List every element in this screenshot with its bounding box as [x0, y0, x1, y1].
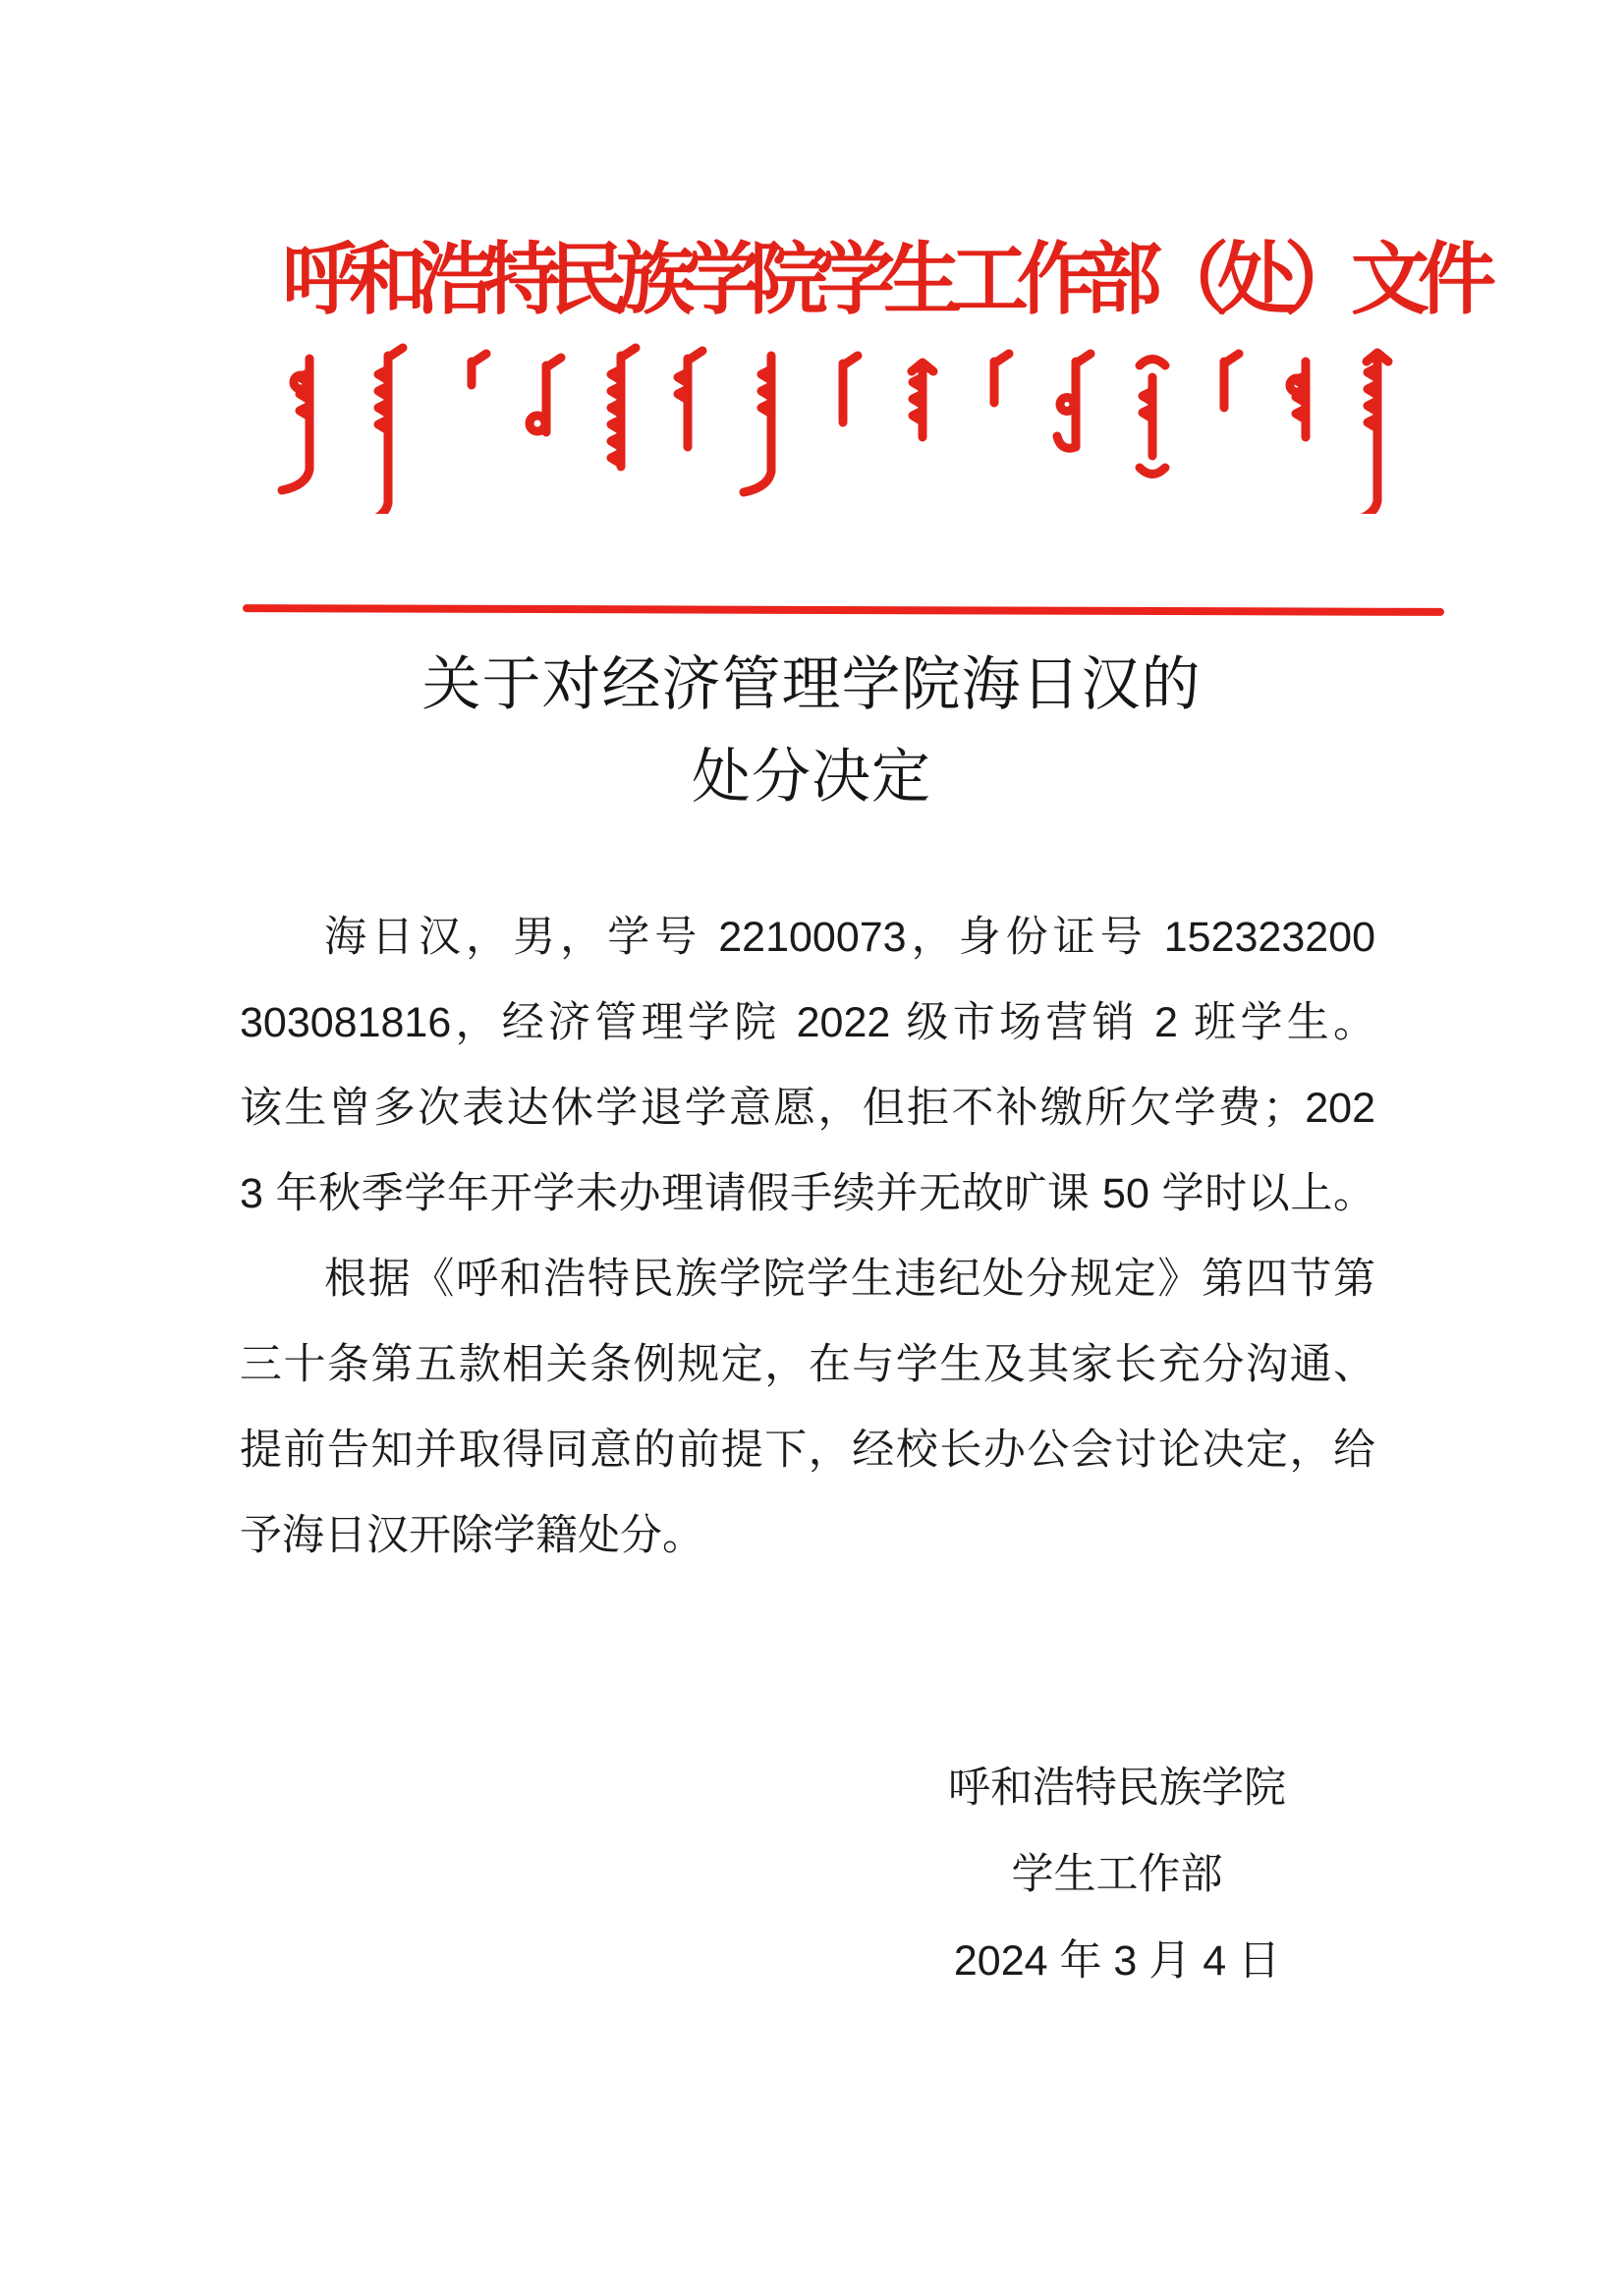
- letterhead-title: 呼和浩特民族学院学生工作部（处）文件: [282, 234, 1484, 328]
- body-line: 根据《呼和浩特民族学院学生违纪处分规定》第四节第: [240, 1237, 1375, 1322]
- signature-dept: 学生工作部: [935, 1831, 1299, 1918]
- document-title: 关于对经济管理学院海日汉的 处分决定: [0, 639, 1623, 823]
- document-page: 呼和浩特民族学院学生工作部（处）文件 关于对经济管理学院海日汉的 处分决定 海日…: [0, 0, 1623, 2296]
- signature-block: 呼和浩特民族学院 学生工作部 2024 年 3 月 4 日: [935, 1745, 1299, 2004]
- body-line: 3 年秋季学年开学未办理请假手续并无故旷课 50 学时以上。: [240, 1151, 1375, 1237]
- signature-org: 呼和浩特民族学院: [935, 1745, 1299, 1831]
- mongolian-script-banner: [275, 342, 1425, 514]
- document-title-line2: 处分决定: [0, 731, 1623, 823]
- body-line: 三十条第五款相关条例规定，在与学生及其家长充分沟通、: [240, 1322, 1375, 1408]
- document-title-line1: 关于对经济管理学院海日汉的: [0, 639, 1623, 731]
- body-line: 303081816，经济管理学院 2022 级市场营销 2 班学生。: [240, 980, 1375, 1066]
- body-line: 海日汉，男，学号 22100073，身份证号 152323200: [240, 895, 1375, 980]
- body-line: 提前告知并取得同意的前提下，经校长办公会讨论决定，给: [240, 1408, 1375, 1493]
- body-line: 予海日汉开除学籍处分。: [240, 1493, 1375, 1579]
- document-body: 海日汉，男，学号 22100073，身份证号 152323200 3030818…: [240, 895, 1375, 1579]
- signature-date: 2024 年 3 月 4 日: [935, 1918, 1299, 2004]
- body-line: 该生曾多次表达休学退学意愿，但拒不补缴所欠学费；202: [240, 1066, 1375, 1151]
- red-divider-line: [243, 604, 1444, 616]
